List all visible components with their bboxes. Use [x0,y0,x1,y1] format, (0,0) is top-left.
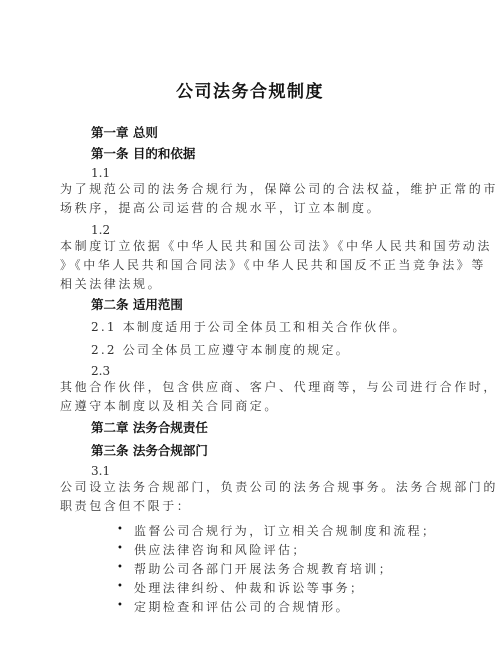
text-line: 其他合作伙伴，包含供应商、客户、代理商等，与公司进行合作时， [60,378,498,397]
article-1-heading: 第一条 目的和依据 [91,144,195,162]
list-item: 帮助公司各部门开展法务合规教育培训； [134,560,393,577]
section-2-3-number: 2.3 [91,364,110,378]
bullet-icon: • [117,581,123,592]
list-item: 处理法律纠纷、仲裁和诉讼等事务； [134,579,364,596]
list-item: 定期检查和评估公司的合规情形。 [134,598,350,615]
text-line: 本制度订立依据《中华人民共和国公司法》《中华人民共和国劳动法 [60,237,492,256]
section-1-2-number: 1.2 [91,223,110,237]
section-2-3-text: 其他合作伙伴，包含供应商、客户、代理商等，与公司进行合作时， 应遵守本制度以及相… [60,378,498,416]
text-line: 场秩序，提高公司运营的合规水平，订立本制度。 [60,199,498,218]
chapter-1-heading: 第一章 总则 [91,123,158,141]
section-2-1: 2.1 本制度适用于公司全体员工和相关合作伙伴。 [91,318,407,335]
section-1-2-text: 本制度订立依据《中华人民共和国公司法》《中华人民共和国劳动法 》《中华人民共和国… [60,237,492,294]
list-item: 供应法律咨询和风险评估； [134,541,307,558]
section-1-1-number: 1.1 [91,166,110,180]
list-item: 监督公司合规行为，订立相关合规制度和流程； [134,522,436,539]
bullet-icon: • [117,543,123,554]
section-2-2: 2.2 公司全体员工应遵守本制度的规定。 [91,341,350,358]
article-3-heading: 第三条 法务合规部门 [91,441,208,459]
section-3-1-number: 3.1 [91,464,110,478]
text-line: 》《中华人民共和国合同法》《中华人民共和国反不正当竞争法》等 [60,256,492,275]
section-3-1-text: 公司设立法务合规部门，负责公司的法务合规事务。法务合规部门的 职责包含但不限于： [60,478,498,516]
text-line: 相关法律法规。 [60,275,492,294]
bullet-icon: • [117,600,123,611]
text-line: 应遵守本制度以及相关合同商定。 [60,397,498,416]
bullet-icon: • [117,524,123,535]
article-2-heading: 第二条 适用范围 [91,295,183,313]
chapter-2-heading: 第二章 法务合规责任 [91,418,208,436]
text-line: 公司设立法务合规部门，负责公司的法务合规事务。法务合规部门的 [60,478,498,497]
section-1-1-text: 为了规范公司的法务合规行为，保障公司的合法权益，维护正常的市 场秩序，提高公司运… [60,180,498,218]
text-line: 职责包含但不限于： [60,497,498,516]
text-line: 为了规范公司的法务合规行为，保障公司的合法权益，维护正常的市 [60,180,498,199]
bullet-icon: • [117,562,123,573]
document-title: 公司法务合规制度 [0,77,500,102]
